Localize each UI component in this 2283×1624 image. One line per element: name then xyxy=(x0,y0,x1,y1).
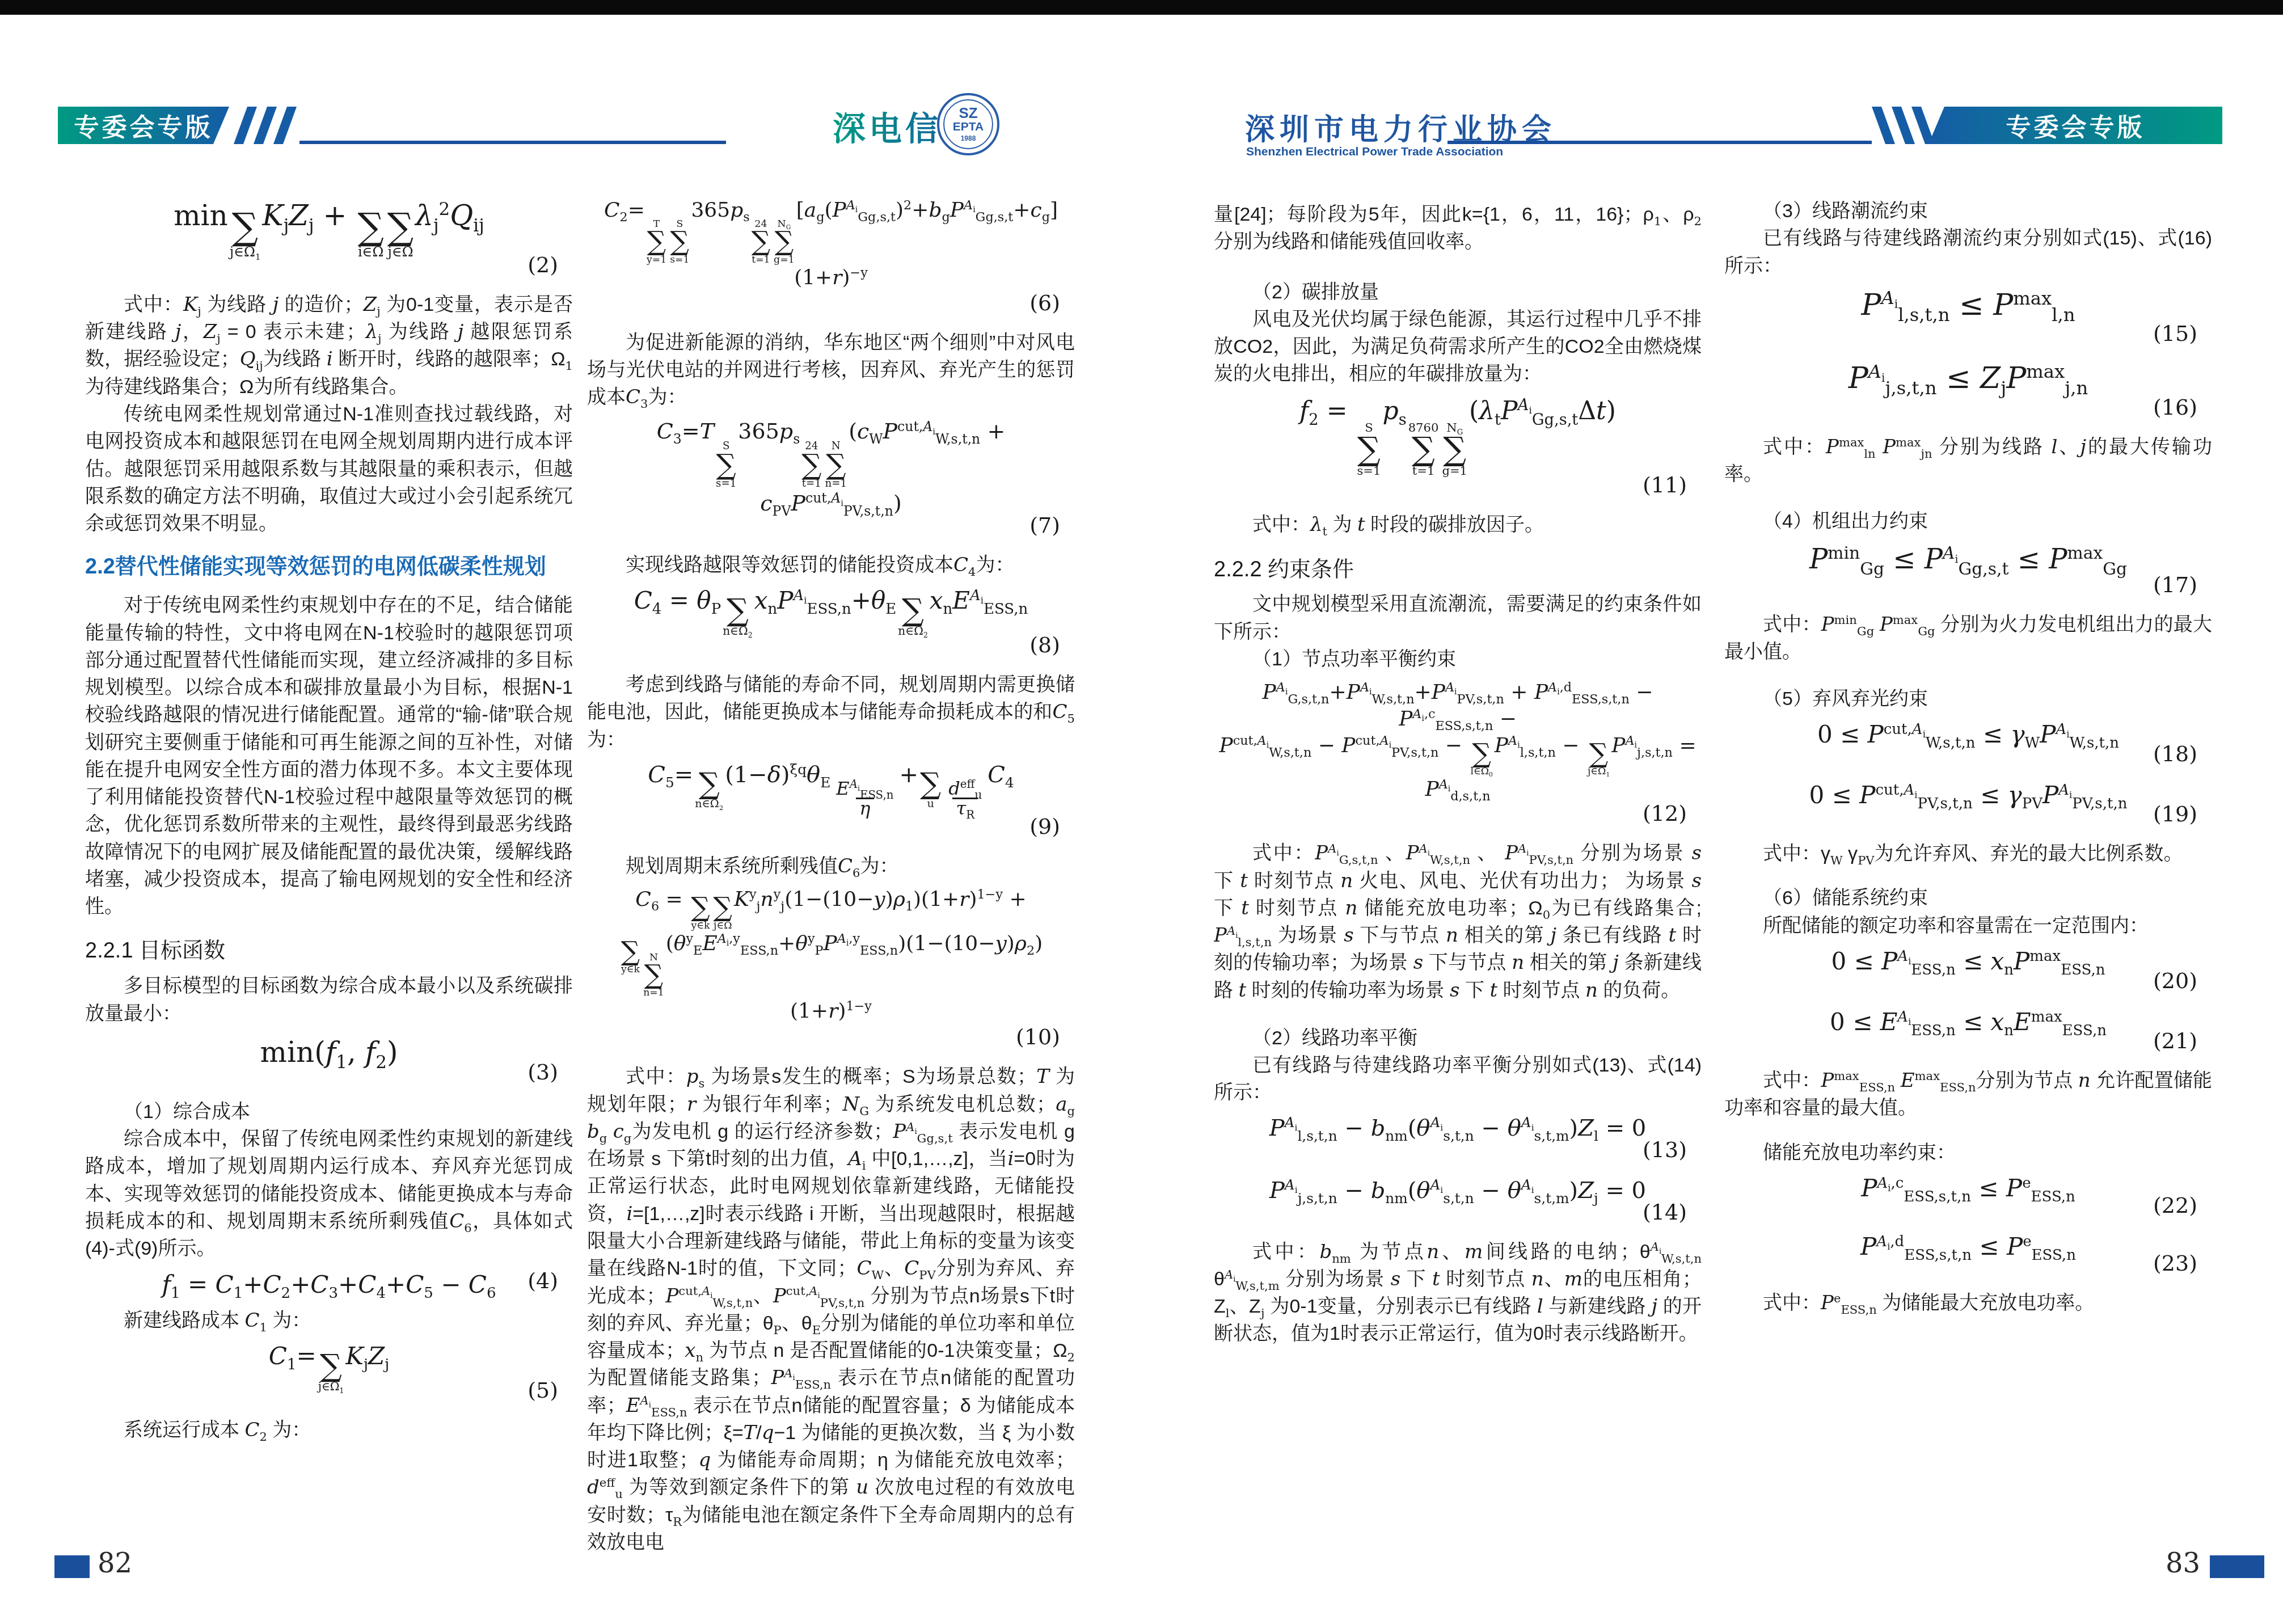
equation-number: (20) xyxy=(2153,966,2197,997)
equation-number: (3) xyxy=(528,1057,558,1088)
paragraph: 实现线路越限等效惩罚的储能投资成本C4为： xyxy=(587,551,1075,579)
equation-body: PAil,s,t,n − bnm(θAis,t,n − θAis,t,m)Zl … xyxy=(1269,1113,1647,1143)
equation-number: (18) xyxy=(2153,739,2197,770)
logo-line2: EPTA xyxy=(953,120,984,134)
equation-number: (6) xyxy=(1029,288,1060,319)
equation: f2 = S∑s=1ps8760∑t=1NG∑g=1(λtPAiGg,s,tΔt… xyxy=(1214,395,1702,505)
page-number-tab-right xyxy=(2210,1555,2264,1578)
equation-number: (15) xyxy=(2153,319,2197,349)
equation-body: PAi,dESS,s,t,n ≤ PeESS,n xyxy=(1860,1231,2076,1263)
paragraph: 文中规划模型采用直流潮流，需要满足的约束条件如下所示： xyxy=(1214,590,1702,646)
paragraph: 已有线路与待建线路功率平衡分别如式(13)、式(14)所示： xyxy=(1214,1052,1702,1107)
equation: PAil,s,t,n ≤ Pmaxl,n(15) xyxy=(1724,286,2212,353)
paragraph: （1）综合成本 xyxy=(85,1098,573,1125)
paragraph: （1）节点功率平衡约束 xyxy=(1214,646,1702,673)
paragraph: 式中：PeESS,n 为储能最大充放电功率。 xyxy=(1724,1289,2212,1317)
column-4: （3）线路潮流约束已有线路与待建线路潮流约束分别如式(15)、式(16)所示：P… xyxy=(1724,180,2212,1570)
paragraph: 式中：PAiG,s,t,n 、PAiW,s,t,n 、 PAiPV,s,t,n … xyxy=(1214,840,1702,1004)
right-page-banner: 专委会专版 xyxy=(1928,107,2222,144)
paragraph: （5）弃风弃光约束 xyxy=(1724,685,2212,712)
logo-year: 1988 xyxy=(961,134,976,144)
equation-body: f1 = C1+C2+C3+C4+C5 − C6 xyxy=(162,1269,496,1301)
paragraph: 新建线路成本 C1 为： xyxy=(85,1307,573,1334)
equation: 0 ≤ PAiESS,n ≤ xnPmaxESS,n(20) xyxy=(1724,946,2212,1000)
equation-number: (22) xyxy=(2153,1191,2197,1221)
page-number-left: 82 xyxy=(98,1547,132,1579)
paragraph: 系统运行成本 C2 为： xyxy=(85,1416,573,1444)
equation: C2=T∑y=1S∑s=1365ps24∑t=1NG∑g=1[ag(PAiGg,… xyxy=(587,197,1075,322)
equation: C1=∑j∈Ω1KjZj(5) xyxy=(85,1341,573,1410)
equation-number: (10) xyxy=(1016,1022,1060,1053)
paragraph: 式中：Kj 为线路 j 的造价；Zj 为0-1变量，表示是否新建线路 j，Zj … xyxy=(85,291,573,400)
paragraph: 传统电网柔性规划常通过N-1准则查找过载线路，对电网投资成本和越限惩罚在电网全规… xyxy=(85,400,573,537)
equation: 0 ≤ EAiESS,n ≤ xnEmaxESS,n(21) xyxy=(1724,1007,2212,1061)
equation-body: C3=TS∑s=1365ps24∑t=1N∑n=1(cWPcut,AiW,s,t… xyxy=(587,417,1075,517)
equation-body: 0 ≤ PAiESS,n ≤ xnPmaxESS,n xyxy=(1831,946,2105,977)
equation-body: PAi,cESS,s,t,n ≤ PeESS,n xyxy=(1861,1173,2075,1204)
subsection-heading: 2.2.1 目标函数 xyxy=(85,936,573,967)
banner-stripe-icon xyxy=(254,107,277,144)
equation: min∑j∈Ω1KjZj + ∑i∈Ω∑j∈Ωλj2Qij(2) xyxy=(85,197,573,284)
equation-number: (7) xyxy=(1029,511,1060,541)
paragraph: 所配储能的额定功率和容量需在一定范围内： xyxy=(1724,912,2212,939)
equation: PAiG,s,t,n+PAiW,s,t,n+PAiPV,s,t,n + PAi,… xyxy=(1214,680,1702,833)
equation: C5=∑n∈Ω2(1−δ)ξqθEEAiESS,nη+∑udeffuτRC4(9… xyxy=(587,760,1075,846)
equation-number: (9) xyxy=(1029,812,1060,842)
header-rule-right xyxy=(1448,141,1872,144)
equation: min(f1, f2)(3) xyxy=(85,1034,573,1091)
paragraph: 考虑到线路与储能的寿命不同，规划周期内需更换储能电池，因此，储能更换成本与储能寿… xyxy=(587,671,1075,753)
equation-body: C6 = ∑y∈k∑j∈ΩKyjnyj(1−(10−y)ρ1)(1+r)1−y … xyxy=(587,887,1075,1024)
page-number-tab-left xyxy=(54,1555,90,1578)
paragraph: （3）线路潮流约束 xyxy=(1724,197,2212,225)
column-2: C2=T∑y=1S∑s=1365ps24∑t=1NG∑g=1[ag(PAiGg,… xyxy=(587,180,1075,1570)
equation-body: C5=∑n∈Ω2(1−δ)ξqθEEAiESS,nη+∑udeffuτRC4 xyxy=(648,760,1014,817)
header-rule-left xyxy=(299,141,726,144)
equation-body: min∑j∈Ω1KjZj + ∑i∈Ω∑j∈Ωλj2Qij xyxy=(174,197,484,259)
equation-number: (23) xyxy=(2153,1248,2197,1279)
paragraph: 式中：λt 为 t 时段的碳排放因子。 xyxy=(1214,511,1702,538)
equation-number: (11) xyxy=(1643,470,1687,501)
equation-body: C2=T∑y=1S∑s=1365ps24∑t=1NG∑g=1[ag(PAiGg,… xyxy=(587,197,1075,292)
equation: PAij,s,t,n − bnm(θAis,t,n − θAis,t,m)Zj … xyxy=(1214,1176,1702,1231)
equation: 0 ≤ Pcut,AiW,s,t,n ≤ γWPAiW,s,t,n(18) xyxy=(1724,719,2212,773)
paragraph: 式中：PminGg PmaxGg 分别为火力发电机组出力的最大最小值。 xyxy=(1724,611,2212,666)
equation: C4 = θP∑n∈Ω2xnPAiESS,n+θE∑n∈Ω2xnEAiESS,n… xyxy=(587,585,1075,664)
paragraph: 已有线路与待建线路潮流约束分别如式(15)、式(16)所示： xyxy=(1724,225,2212,280)
equation-body: min(f1, f2) xyxy=(260,1034,398,1071)
paragraph: 式中：ps 为场景s发生的概率；S为场景总数；T 为规划年限；r 为银行年利率；… xyxy=(587,1063,1075,1556)
epta-logo-icon: SZ EPTA 1988 xyxy=(937,93,999,155)
subsection-heading: 2.2.2 约束条件 xyxy=(1214,555,1702,585)
equation-number: (21) xyxy=(2153,1026,2197,1057)
paragraph: 式中：γW γPV为允许弃风、弃光的最大比例系数。 xyxy=(1724,840,2212,867)
column-3: 量[24]；每阶段为5年，因此k={1，6，11，16}；ρ1、ρ2 分别为线路… xyxy=(1214,180,1702,1570)
paragraph: 式中：PmaxESS,n EmaxESS,n分别为节点 n 允许配置储能功率和容… xyxy=(1724,1067,2212,1122)
equation-body: PAij,s,t,n − bnm(θAis,t,n − θAis,t,m)Zj … xyxy=(1269,1176,1646,1205)
equation: C6 = ∑y∈k∑j∈ΩKyjnyj(1−(10−y)ρ1)(1+r)1−y … xyxy=(587,887,1075,1056)
equation-number: (4) xyxy=(528,1266,558,1297)
paragraph: 规划周期末系统所剩残值C6为： xyxy=(587,853,1075,880)
equation: PminGg ≤ PAiGg,s,t ≤ PmaxGg(17) xyxy=(1724,542,2212,604)
banner-stripe-icon xyxy=(234,107,257,144)
equation-body: PAil,s,t,n ≤ Pmaxl,n xyxy=(1862,286,2075,325)
banner-label: 专委会专版 xyxy=(2006,107,2145,144)
equation: PAij,s,t,n ≤ ZjPmaxj,n(16) xyxy=(1724,360,2212,427)
paragraph: （2）碳排放量 xyxy=(1214,279,1702,306)
paragraph: 综合成本中，保留了传统电网柔性约束规划的新建线路成本，增加了规划周期内运行成本、… xyxy=(85,1125,573,1262)
paragraph: 多目标模型的目标函数为综合成本最小以及系统碳排放量最小： xyxy=(85,972,573,1027)
banner-stripe-icon xyxy=(1872,107,1895,144)
equation-number: (17) xyxy=(2153,570,2197,601)
column-1: min∑j∈Ω1KjZj + ∑i∈Ω∑j∈Ωλj2Qij(2)式中：Kj 为线… xyxy=(85,180,573,1570)
page-number-right: 83 xyxy=(2166,1547,2200,1579)
paragraph: 储能充放电功率约束： xyxy=(1724,1139,2212,1166)
equation: PAi,dESS,s,t,n ≤ PeESS,n(23) xyxy=(1724,1231,2212,1283)
paragraph: （6）储能系统约束 xyxy=(1724,884,2212,912)
equation-body: PminGg ≤ PAiGg,s,t ≤ PmaxGg xyxy=(1809,542,2127,577)
equation-body: 0 ≤ EAiESS,n ≤ xnEmaxESS,n xyxy=(1830,1007,2107,1038)
banner-stripe-icon xyxy=(1892,107,1915,144)
banner-stripe-icon xyxy=(273,107,297,144)
equation-number: (16) xyxy=(2153,393,2197,423)
equation: f1 = C1+C2+C3+C4+C5 − C6(4) xyxy=(85,1269,573,1301)
equation-body: C1=∑j∈Ω1KjZj xyxy=(269,1341,389,1393)
section-heading: 2.2替代性储能实现等效惩罚的电网低碳柔性规划 xyxy=(85,552,573,583)
paragraph: 量[24]；每阶段为5年，因此k={1，6，11，16}；ρ1、ρ2 分别为线路… xyxy=(1214,201,1702,256)
paragraph: 对于传统电网柔性约束规划中存在的不足，结合储能能量传输的特性，文中将电网在N-1… xyxy=(85,592,573,920)
equation-body: PAiG,s,t,n+PAiW,s,t,n+PAiPV,s,t,n + PAi,… xyxy=(1214,680,1702,803)
left-page-banner: 专委会专版 xyxy=(58,107,229,144)
equation-number: (13) xyxy=(1643,1135,1687,1166)
equation-number: (12) xyxy=(1643,799,1687,829)
equation-number: (2) xyxy=(528,250,558,281)
equation-body: f2 = S∑s=1ps8760∑t=1NG∑g=1(λtPAiGg,s,tΔt… xyxy=(1299,395,1616,478)
equation: C3=TS∑s=1365ps24∑t=1N∑n=1(cWPcut,AiW,s,t… xyxy=(587,417,1075,545)
paragraph: 式中：bnm 为节点n、m间线路的电纳；θAiW,s,t,n θAiW,s,t,… xyxy=(1214,1238,1702,1348)
equation: 0 ≤ Pcut,AiPV,s,t,n ≤ γPVPAiPV,s,t,n(19) xyxy=(1724,780,2212,834)
association-name-en: Shenzhen Electrical Power Trade Associat… xyxy=(1246,145,1503,159)
equation-number: (5) xyxy=(528,1376,558,1406)
equation-number: (8) xyxy=(1029,630,1060,661)
equation-body: 0 ≤ Pcut,AiPV,s,t,n ≤ γPVPAiPV,s,t,n xyxy=(1809,780,2128,811)
logo-line1: SZ xyxy=(959,106,977,120)
equation-number: (19) xyxy=(2153,799,2197,830)
banner-label: 专委会专版 xyxy=(74,107,213,144)
equation-body: 0 ≤ Pcut,AiW,s,t,n ≤ γWPAiW,s,t,n xyxy=(1817,719,2119,750)
paragraph: （2）线路功率平衡 xyxy=(1214,1024,1702,1052)
paragraph: （4）机组出力约束 xyxy=(1724,508,2212,535)
top-black-bar xyxy=(0,0,2283,15)
paragraph: 式中：Pmaxln Pmaxjn 分别为线路 l、j的最大传输功率。 xyxy=(1724,433,2212,488)
equation: PAi,cESS,s,t,n ≤ PeESS,n(22) xyxy=(1724,1173,2212,1225)
equation-body: C4 = θP∑n∈Ω2xnPAiESS,n+θE∑n∈Ω2xnEAiESS,n xyxy=(634,585,1028,637)
equation-body: PAij,s,t,n ≤ ZjPmaxj,n xyxy=(1849,360,2088,398)
equation-number: (14) xyxy=(1643,1197,1687,1228)
equation: PAil,s,t,n − bnm(θAis,t,n − θAis,t,m)Zl … xyxy=(1214,1113,1702,1169)
paragraph: 风电及光伏均属于绿色能源，其运行过程中几乎不排放CO2，因此，为满足负荷需求所产… xyxy=(1214,306,1702,388)
paragraph: 为促进新能源的消纳，华东地区“两个细则”中对风电场与光伏电站的并网进行考核，因弃… xyxy=(587,329,1075,411)
